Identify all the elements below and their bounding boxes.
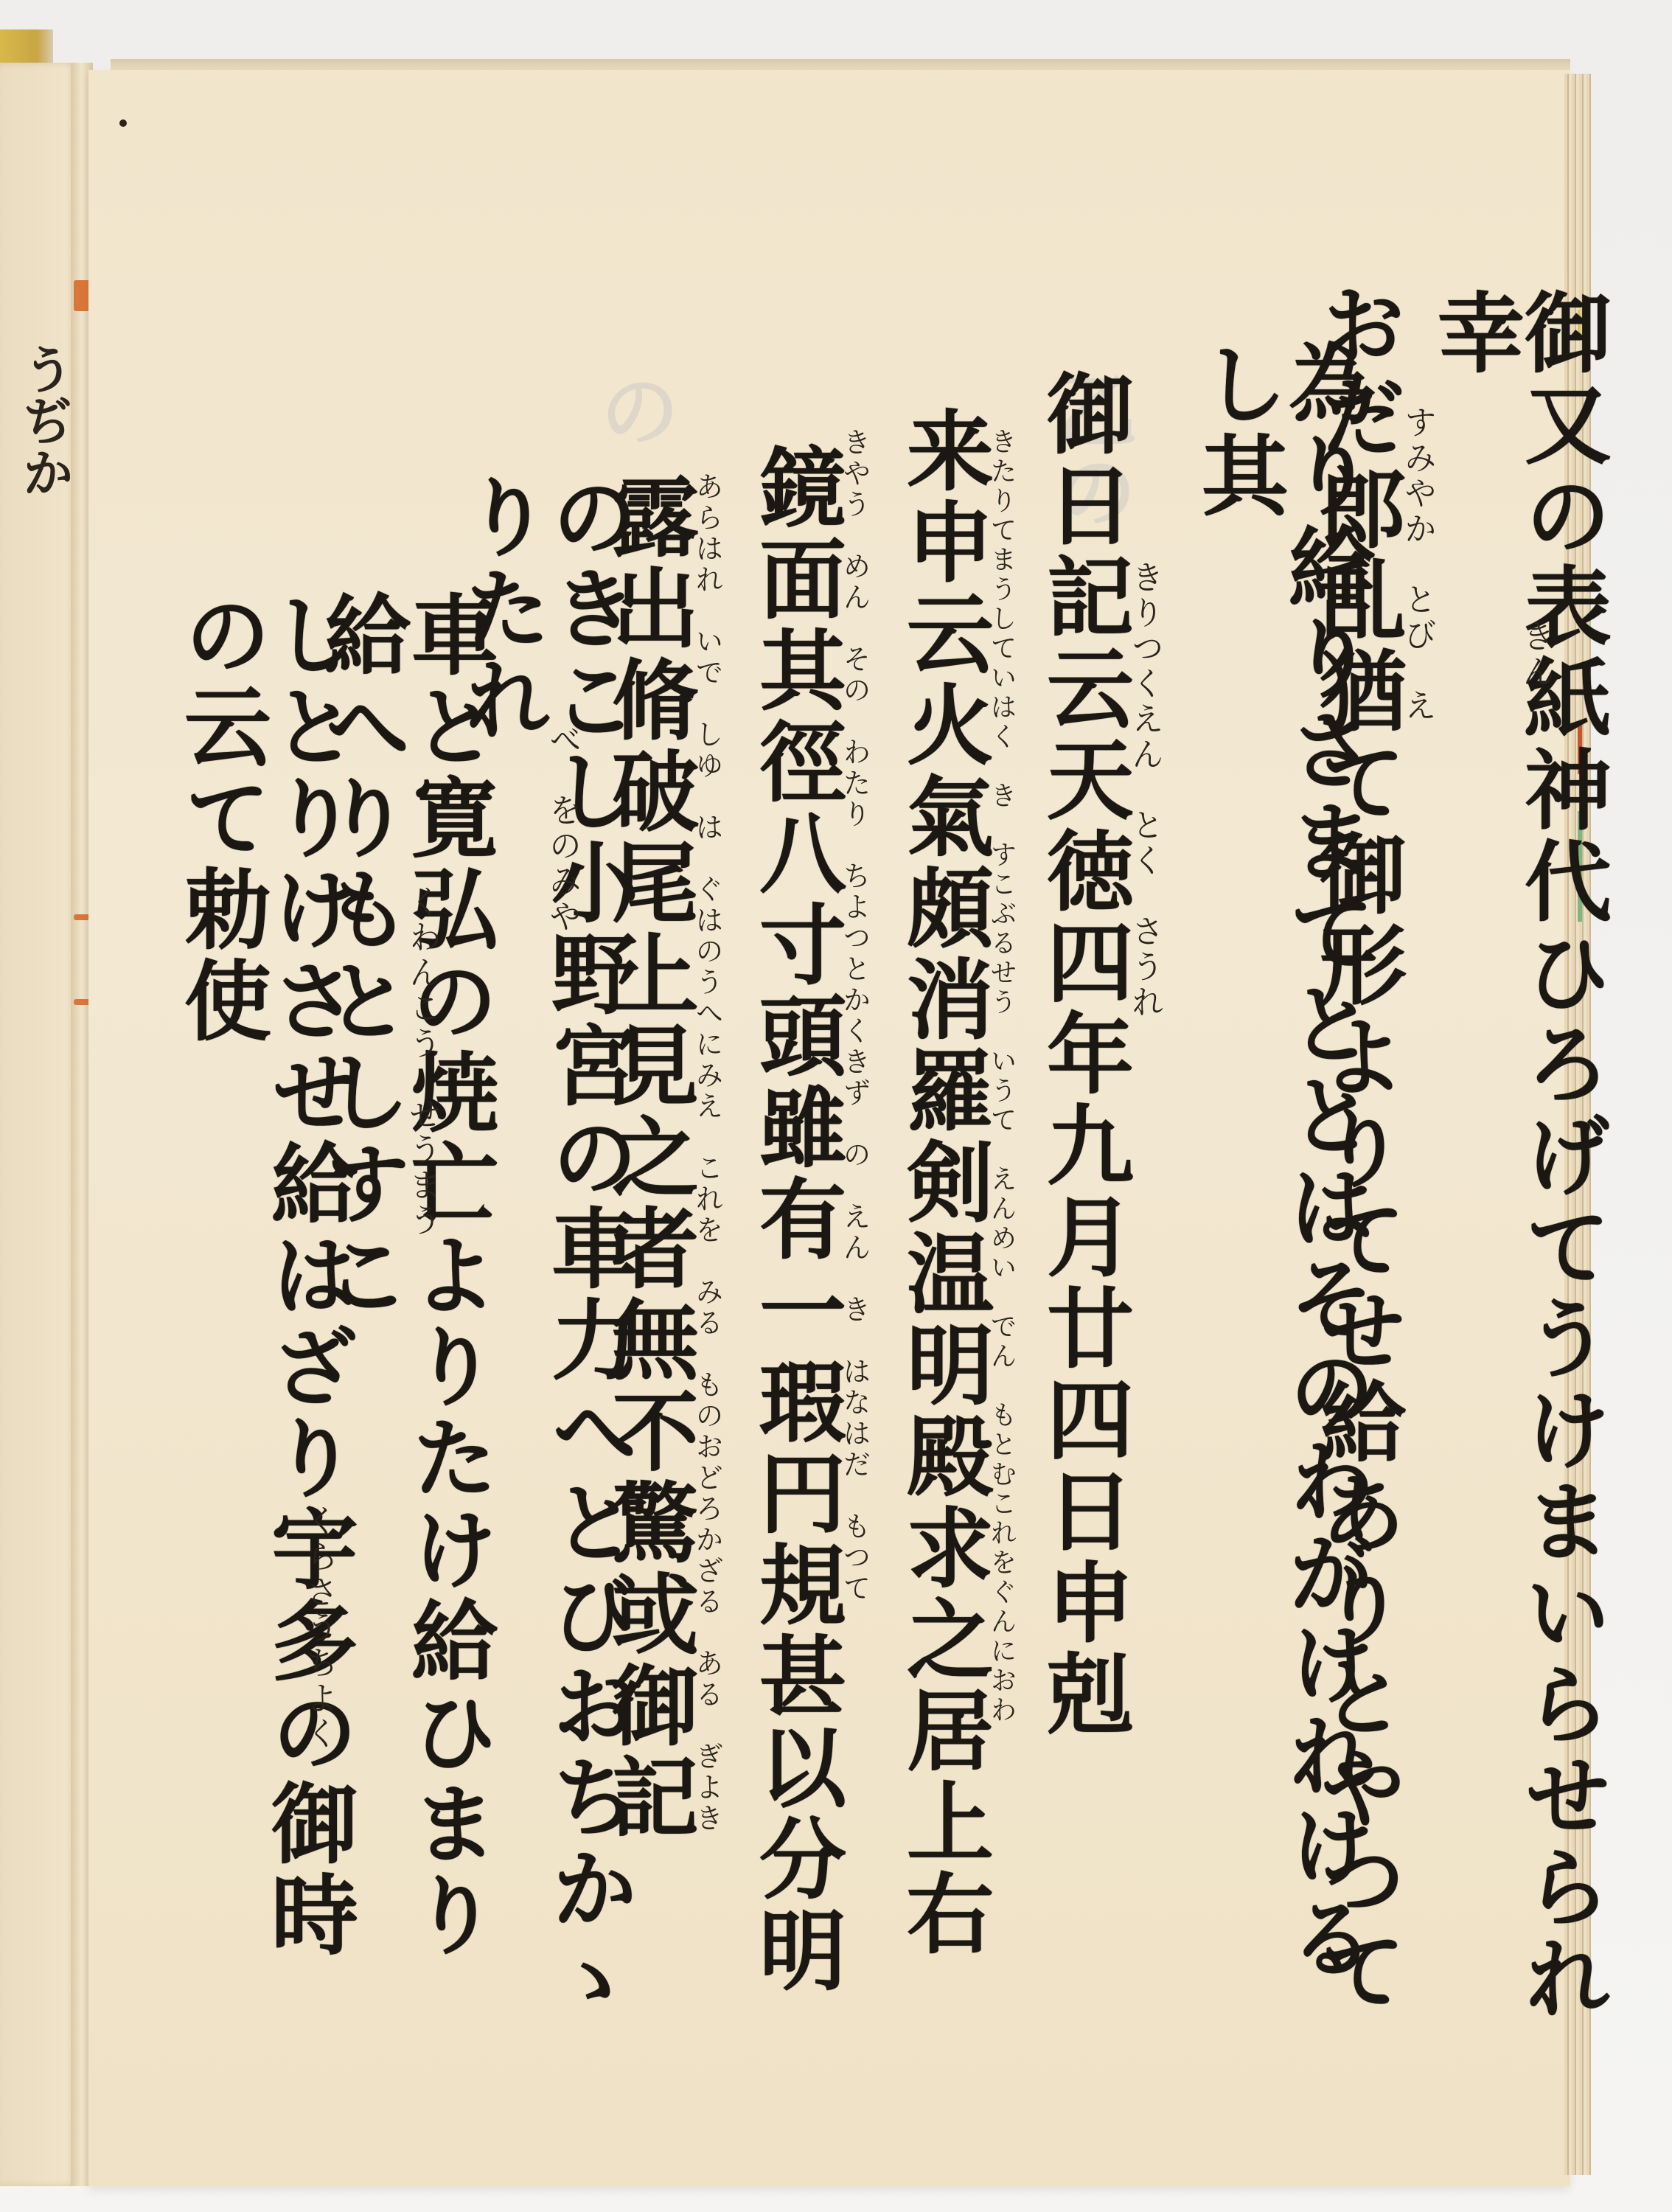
show-through-ghost-text: の <box>575 369 692 450</box>
text-column-3: 為り給りさまてととはそのわがけれけるし其 <box>1194 339 1368 2050</box>
furigana-column-1: きん <box>1519 619 1551 690</box>
text-column-10: しとりけさせ給はざり宇多の御時の云て勅使 <box>177 590 351 2050</box>
furigana-column-7: あらはれ いで しゆ は ぐはのうへにみえ これを みる ものおどろかざる ある… <box>693 472 721 1834</box>
text-column-6: 鏡面其徑八寸頭雖有一瑕円規甚以分明 <box>752 442 839 1997</box>
furigana-column-9: くわんこう せうまう <box>405 885 438 1239</box>
ink-speck <box>119 119 127 127</box>
text-column-5: 来申云火氣頗消羅剣温明殿求之居上右 <box>899 406 986 1960</box>
binding-thread <box>74 280 90 311</box>
page-top-edge <box>111 59 1570 71</box>
furigana-column-2: すみやか とび え <box>1401 406 1433 724</box>
left-cover-edge <box>0 29 53 65</box>
text-column-1: 御又の表紙神代ひろげてうけまいらせられ幸 <box>1430 288 1604 2050</box>
furigana-column-10: くらさうちよく <box>302 1504 335 1752</box>
furigana-column-6: きやう めん その わたり ちよつとかくきず の えん き はなはだ もつて <box>840 428 868 1604</box>
furigana-column-8: べ をのみや <box>546 723 578 935</box>
text-column-4: 御日記云天徳四年九月廿四日申剋 <box>1039 369 1126 1740</box>
binding-thread <box>74 914 90 920</box>
furigana-column-4: きりつくえん とく さうれ <box>1128 560 1160 1020</box>
furigana-column-5: きたりてまうしていはく き すこぶるせう いうて えんめい でん もとむこれをぐ… <box>988 428 1014 1725</box>
text-block: 乙の の 御又の表紙神代ひろげてうけまいらせられ幸 きん おだ郎乱猶て御形よりて… <box>162 280 1526 2050</box>
binding-thread <box>74 999 90 1005</box>
